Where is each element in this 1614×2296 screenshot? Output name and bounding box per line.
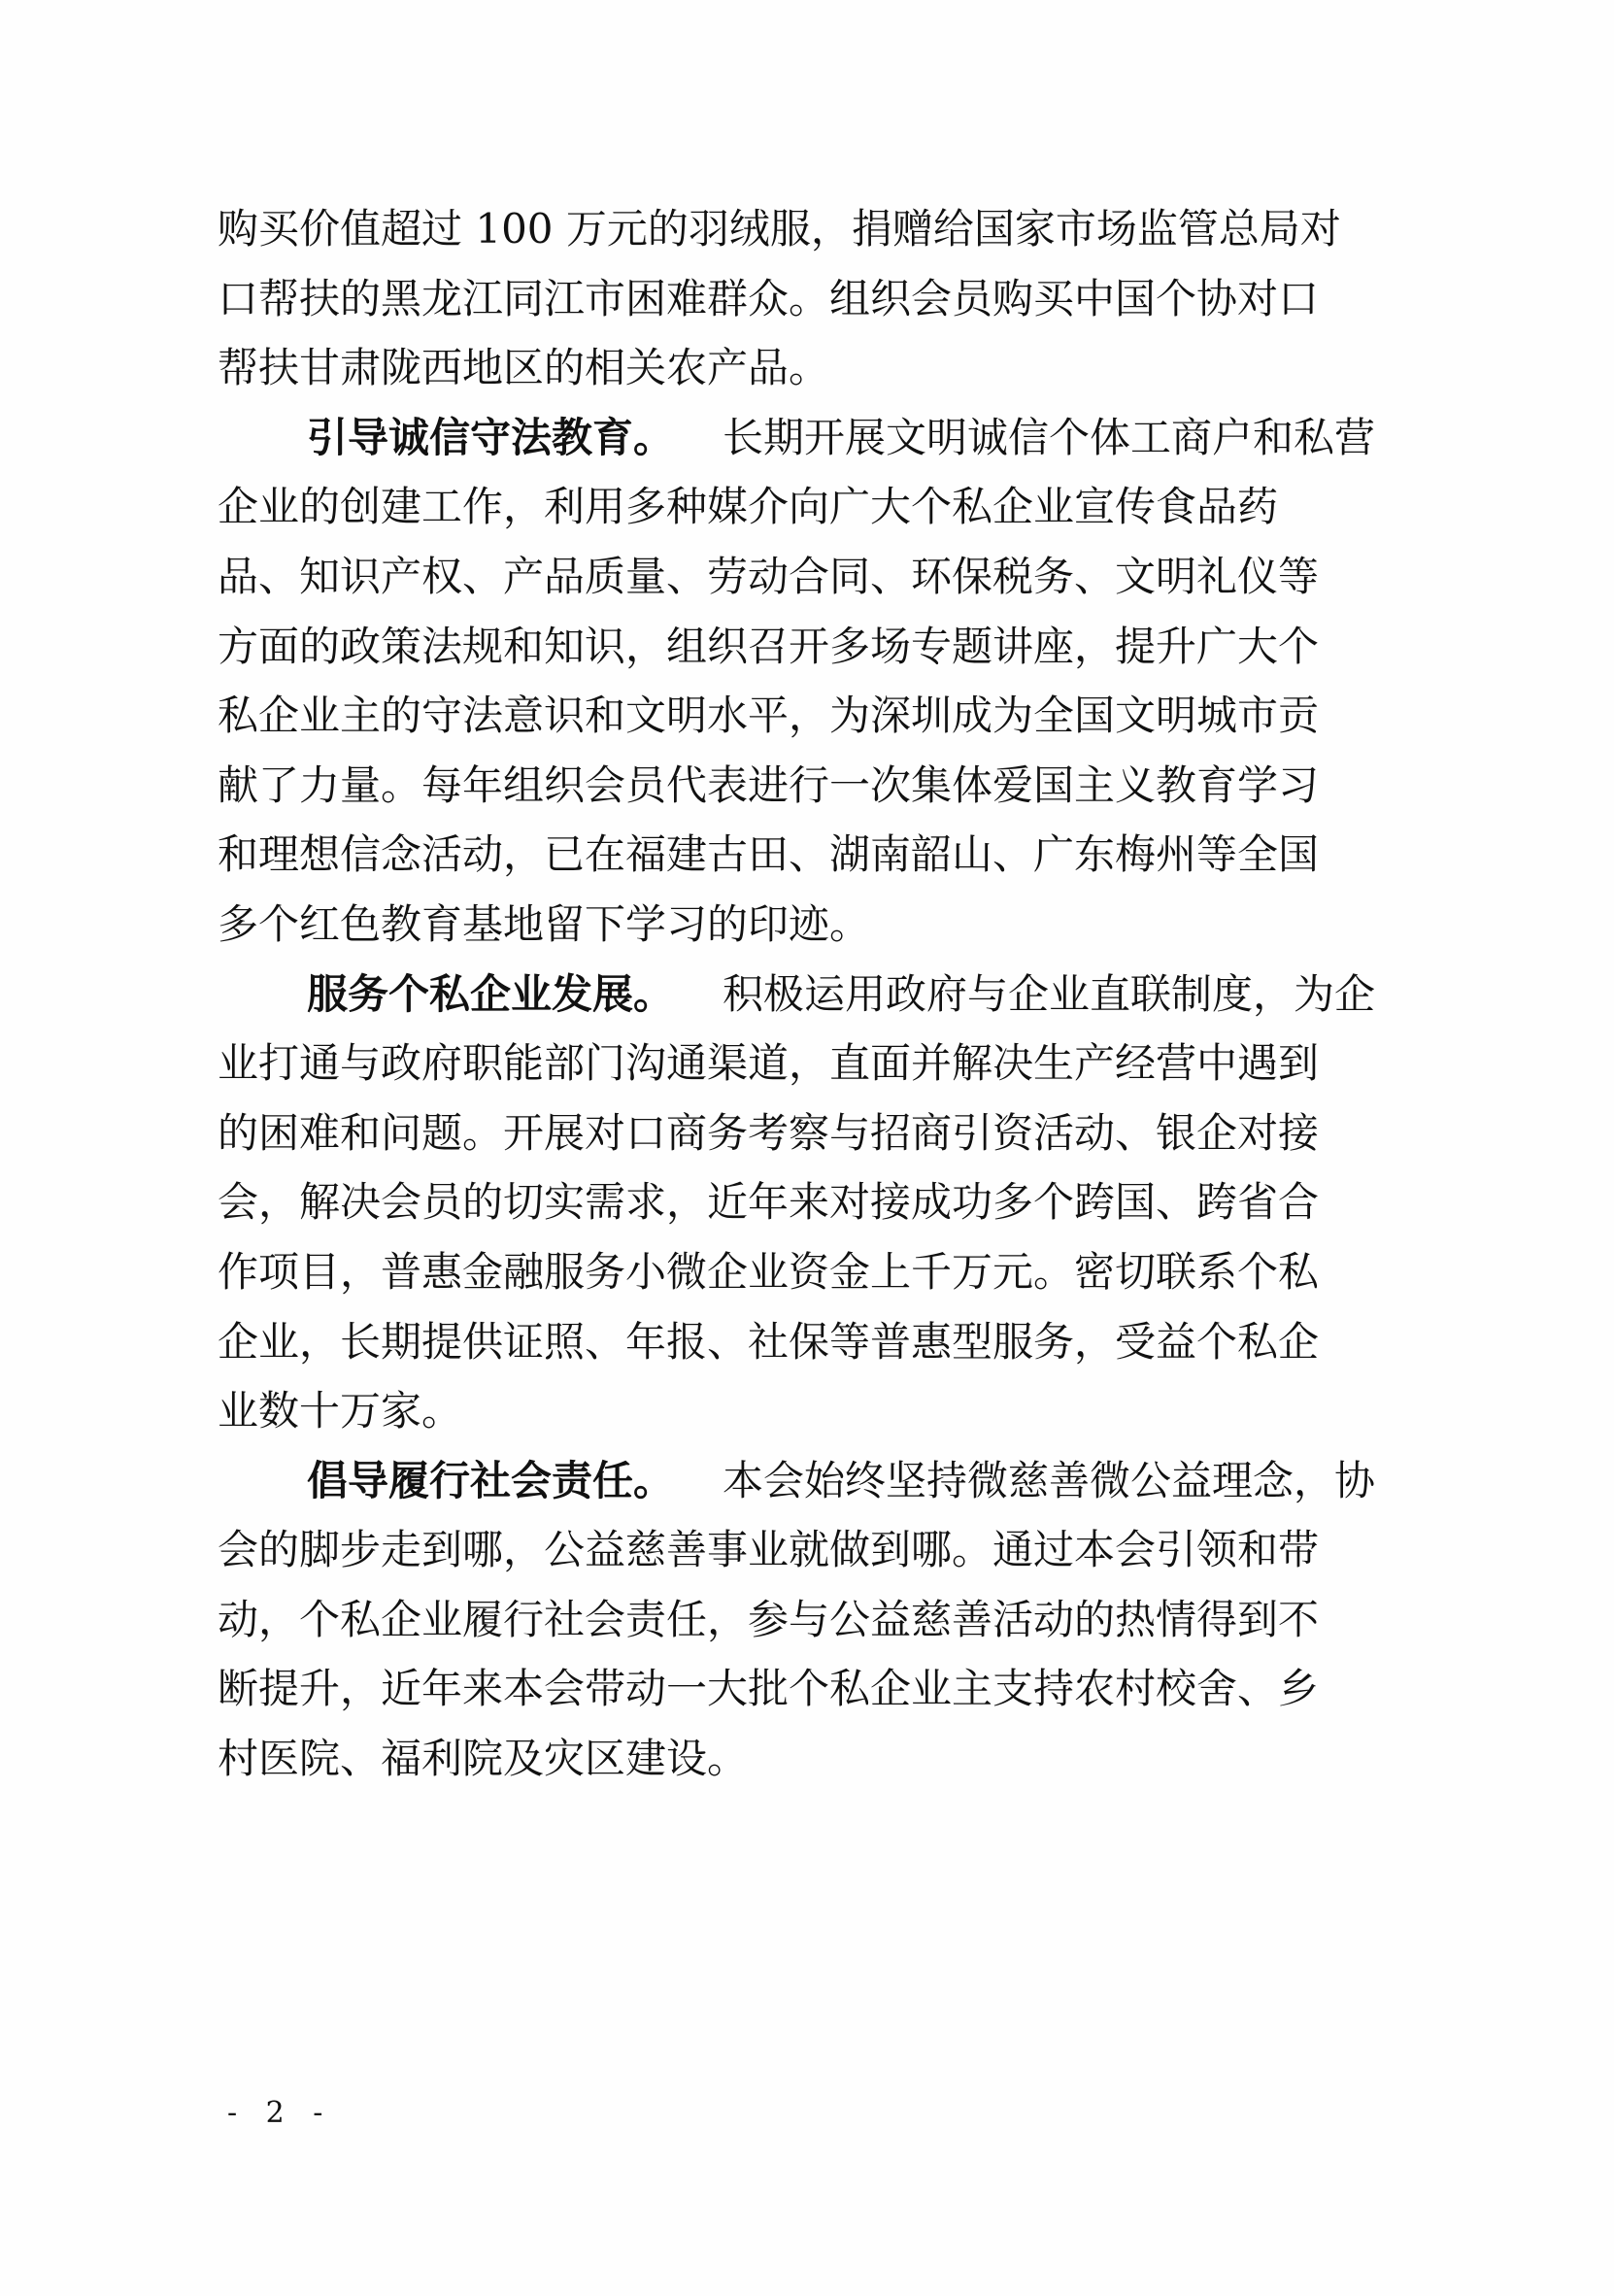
text-line: 业打通与政府职能部门沟通渠道，直面并解决生产经营中遇到 bbox=[218, 1029, 1375, 1098]
text-line: 帮扶甘肃陇西地区的相关农产品。 bbox=[218, 333, 1375, 403]
line-text: 村医院、福利院及灾区建设。 bbox=[218, 1724, 748, 1794]
text-line: 多个红色教育基地留下学习的印迹。 bbox=[218, 890, 1375, 960]
line-text: 多个红色教育基地留下学习的印迹。 bbox=[218, 890, 870, 960]
paragraph-heading: 倡导履行社会责任。 bbox=[307, 1446, 674, 1516]
line-text: 积极运用政府与企业直联制度，为企 bbox=[723, 960, 1375, 1030]
line-text: 献了力量。每年组织会员代表进行一次集体爱国主义教育学习 bbox=[218, 751, 1319, 821]
text-line: 企业，长期提供证照、年报、社保等普惠型服务，受益个私企 bbox=[218, 1307, 1375, 1377]
line-text: 方面的政策法规和知识，组织召开多场专题讲座，提升广大个 bbox=[218, 612, 1319, 682]
text-line: 作项目，普惠金融服务小微企业资金上千万元。密切联系个私 bbox=[218, 1237, 1375, 1307]
line-text: 品、知识产权、产品质量、劳动合同、环保税务、文明礼仪等 bbox=[218, 542, 1319, 612]
text-line: 购买价值超过 100 万元的羽绒服，捐赠给国家市场监管总局对 bbox=[218, 194, 1375, 264]
document-page: 购买价值超过 100 万元的羽绒服，捐赠给国家市场监管总局对 口帮扶的黑龙江同江… bbox=[0, 0, 1614, 2296]
line-text: 口帮扶的黑龙江同江市困难群众。组织会员购买中国个协对口 bbox=[218, 264, 1319, 334]
line-text: 动，个私企业履行社会责任，参与公益慈善活动的热情得到不 bbox=[218, 1585, 1319, 1655]
text-line: 方面的政策法规和知识，组织召开多场专题讲座，提升广大个 bbox=[218, 612, 1375, 682]
line-text: 会，解决会员的切实需求，近年来对接成功多个跨国、跨省合 bbox=[218, 1167, 1319, 1237]
line-text: 帮扶甘肃陇西地区的相关农产品。 bbox=[218, 333, 829, 403]
body-text: 购买价值超过 100 万元的羽绒服，捐赠给国家市场监管总局对 口帮扶的黑龙江同江… bbox=[218, 194, 1375, 1794]
text-line: 会，解决会员的切实需求，近年来对接成功多个跨国、跨省合 bbox=[218, 1167, 1375, 1237]
text-line: 口帮扶的黑龙江同江市困难群众。组织会员购买中国个协对口 bbox=[218, 264, 1375, 334]
text-line: 品、知识产权、产品质量、劳动合同、环保税务、文明礼仪等 bbox=[218, 542, 1375, 612]
paragraph-first-line: 服务个私企业发展。积极运用政府与企业直联制度，为企 bbox=[218, 960, 1375, 1030]
line-text: 长期开展文明诚信个体工商户和私营 bbox=[723, 403, 1375, 473]
text-line: 献了力量。每年组织会员代表进行一次集体爱国主义教育学习 bbox=[218, 751, 1375, 821]
paragraph-heading: 服务个私企业发展。 bbox=[307, 960, 674, 1030]
text-line: 和理想信念活动，已在福建古田、湖南韶山、广东梅州等全国 bbox=[218, 820, 1375, 890]
text-line: 私企业主的守法意识和文明水平，为深圳成为全国文明城市贡 bbox=[218, 681, 1375, 751]
line-text: 和理想信念活动，已在福建古田、湖南韶山、广东梅州等全国 bbox=[218, 820, 1319, 890]
line-text: 购买价值超过 100 万元的羽绒服，捐赠给国家市场监管总局对 bbox=[218, 194, 1341, 264]
text-line: 会的脚步走到哪，公益慈善事业就做到哪。通过本会引领和带 bbox=[218, 1515, 1375, 1585]
line-text: 的困难和问题。开展对口商务考察与招商引资活动、银企对接 bbox=[218, 1098, 1319, 1168]
line-text: 私企业主的守法意识和文明水平，为深圳成为全国文明城市贡 bbox=[218, 681, 1319, 751]
paragraph-heading: 引导诚信守法教育。 bbox=[307, 403, 674, 473]
text-line: 动，个私企业履行社会责任，参与公益慈善活动的热情得到不 bbox=[218, 1585, 1375, 1655]
line-text: 业打通与政府职能部门沟通渠道，直面并解决生产经营中遇到 bbox=[218, 1029, 1319, 1098]
text-line: 企业的创建工作，利用多种媒介向广大个私企业宣传食品药 bbox=[218, 472, 1375, 542]
page-number: - 2 - bbox=[227, 2096, 332, 2130]
text-line: 业数十万家。 bbox=[218, 1376, 1375, 1446]
line-text: 断提升，近年来本会带动一大批个私企业主支持农村校舍、乡 bbox=[218, 1654, 1319, 1724]
paragraph-first-line: 倡导履行社会责任。本会始终坚持微慈善微公益理念，协 bbox=[218, 1446, 1375, 1516]
line-text: 作项目，普惠金融服务小微企业资金上千万元。密切联系个私 bbox=[218, 1237, 1319, 1307]
text-line: 的困难和问题。开展对口商务考察与招商引资活动、银企对接 bbox=[218, 1098, 1375, 1168]
line-text: 会的脚步走到哪，公益慈善事业就做到哪。通过本会引领和带 bbox=[218, 1515, 1319, 1585]
line-text: 企业的创建工作，利用多种媒介向广大个私企业宣传食品药 bbox=[218, 472, 1278, 542]
line-text: 企业，长期提供证照、年报、社保等普惠型服务，受益个私企 bbox=[218, 1307, 1319, 1377]
text-line: 断提升，近年来本会带动一大批个私企业主支持农村校舍、乡 bbox=[218, 1654, 1375, 1724]
line-text: 本会始终坚持微慈善微公益理念，协 bbox=[723, 1446, 1375, 1516]
paragraph-first-line: 引导诚信守法教育。长期开展文明诚信个体工商户和私营 bbox=[218, 403, 1375, 473]
line-text: 业数十万家。 bbox=[218, 1376, 462, 1446]
text-line: 村医院、福利院及灾区建设。 bbox=[218, 1724, 1375, 1794]
